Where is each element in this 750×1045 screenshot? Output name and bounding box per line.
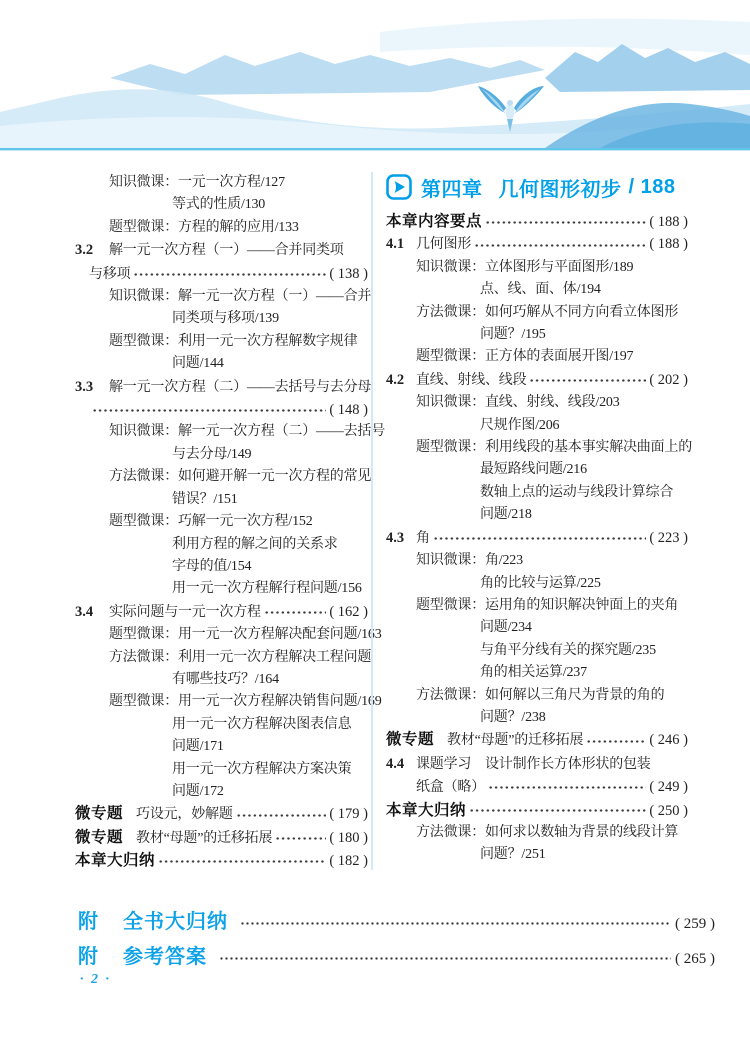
section-number: 4.2	[386, 369, 416, 391]
page-number: ( 138 )	[329, 263, 368, 285]
page-number: ( 188 )	[649, 211, 688, 233]
toc-entry-text: 角的相关运算/237	[480, 662, 587, 684]
page-number: ( 162 )	[329, 601, 368, 623]
toc-line: 微专题教材“母题”的迁移拓展( 246 )	[386, 729, 688, 752]
toc-line: 方法微课：如何解以三角尺为背景的角的	[386, 685, 688, 707]
toc-line: 知识微课：一元一次方程/127	[75, 172, 368, 194]
toc-entry-text: 点、线、面、体/194	[480, 279, 601, 301]
section-number: 3.4	[75, 601, 109, 623]
page-number: ( 188 )	[649, 233, 688, 255]
toc-line: 本章内容要点( 188 )	[386, 211, 688, 233]
toc-entry-text: 方法微课：如何求以数轴为背景的线段计算	[416, 822, 678, 844]
toc-entry-text: 问题/172	[172, 781, 224, 803]
toc-column-right: 第四章 几何图形初步 / 188 本章内容要点( 188 )4.1几何图形( 1…	[386, 172, 688, 867]
page-number: ( 179 )	[329, 803, 368, 825]
toc-line: 字母的值/154	[75, 556, 368, 578]
toc-entry-text: 教材“母题”的迁移拓展	[136, 828, 272, 850]
toc-line: 问题？/195	[386, 324, 688, 346]
page-number: ( 249 )	[649, 776, 688, 798]
dot-leader	[133, 272, 326, 277]
toc-line: 4.2直线、射线、线段( 202 )	[386, 369, 688, 392]
toc-line: 问题/218	[386, 504, 688, 526]
toc-line: 题型微课：运用角的知识解决钟面上的夹角	[386, 595, 688, 617]
dot-leader	[488, 785, 646, 790]
appendix-label: 附	[78, 941, 99, 974]
toc-entry-text: 解一元一次方程（二）——去括号与去分母	[109, 377, 371, 399]
toc-entry-text: 与移项	[89, 264, 130, 286]
toc-entry-text: 等式的性质/130	[172, 194, 265, 216]
toc-line: 利用方程的解之间的关系求	[75, 534, 368, 556]
page-number: ( 180 )	[329, 827, 368, 849]
dot-leader	[219, 956, 671, 961]
toc-line: 同类项与移项/139	[75, 308, 368, 330]
chapter-page-ref: / 188	[629, 176, 676, 199]
page-number: ( 202 )	[649, 369, 688, 391]
toc-entry-text: 知识微课：直线、射线、线段/203	[416, 392, 620, 414]
toc-entry-text: 问题？/238	[480, 707, 546, 729]
toc-line: 题型微课：巧解一元一次方程/152	[75, 511, 368, 533]
dot-leader	[275, 836, 326, 841]
dot-leader	[586, 739, 646, 744]
toc-line: 与去分母/149	[75, 444, 368, 466]
toc-entry-text: 角	[416, 528, 430, 550]
toc-entry-text: 用一元一次方程解行程问题/156	[172, 578, 362, 600]
toc-line: 方法微课：如何求以数轴为背景的线段计算	[386, 822, 688, 844]
toc-entry-text: 题型微课：正方体的表面展开图/197	[416, 346, 633, 368]
toc-line: 方法微课：利用一元一次方程解决工程问题	[75, 647, 368, 669]
toc-line: 题型微课：方程的解的应用/133	[75, 217, 368, 239]
toc-entry-text: 方法微课：利用一元一次方程解决工程问题	[109, 647, 371, 669]
chapter-number: 第四章	[421, 173, 483, 202]
toc-entry-text: 问题/171	[172, 736, 224, 758]
toc-line: 问题/171	[75, 736, 368, 758]
toc-line: 尺规作图/206	[386, 415, 688, 437]
folio-page-number: · 2 ·	[80, 972, 111, 988]
toc-entry-text: 方法微课：如何解以三角尺为背景的角的	[416, 685, 664, 707]
toc-entry-text: 问题？/195	[480, 324, 546, 346]
toc-line: 知识微课：解一元一次方程（一）——合并	[75, 286, 368, 308]
toc-line: 错误？/151	[75, 489, 368, 511]
dot-leader	[529, 378, 646, 383]
toc-entry-text: 问题/234	[480, 617, 532, 639]
dot-leader	[92, 408, 326, 413]
toc-line: 有哪些技巧？/164	[75, 669, 368, 691]
toc-line: 角的比较与运算/225	[386, 573, 688, 595]
toc-line: 用一元一次方程解行程问题/156	[75, 578, 368, 600]
toc-entry-text: 知识微课：解一元一次方程（一）——合并	[109, 286, 371, 308]
toc-columns: 知识微课：一元一次方程/127等式的性质/130题型微课：方程的解的应用/133…	[75, 172, 688, 873]
toc-line: 4.1几何图形( 188 )	[386, 233, 688, 256]
toc-entry-text: 知识微课：解一元一次方程（二）——去括号	[109, 421, 385, 443]
toc-line: 知识微课：解一元一次方程（二）——去括号	[75, 421, 368, 443]
header-rule	[0, 148, 750, 151]
toc-line: 角的相关运算/237	[386, 662, 688, 684]
toc-entry-text: 题型微课：利用线段的基本事实解决曲面上的	[416, 437, 692, 459]
toc-entry-text: 尺规作图/206	[480, 415, 559, 437]
dot-leader	[158, 859, 326, 864]
page-number: ( 182 )	[329, 850, 368, 872]
toc-entry-text: 字母的值/154	[172, 556, 251, 578]
header-artwork	[0, 0, 750, 148]
section-number: 4.4	[386, 753, 416, 775]
toc-entry-text: 问题/144	[172, 353, 224, 375]
toc-line: 知识微课：角/223	[386, 550, 688, 572]
dot-leader	[240, 921, 671, 926]
toc-line: 最短路线问题/216	[386, 459, 688, 481]
toc-bold-label: 微专题	[386, 729, 434, 751]
toc-line: 数轴上点的运动与线段计算综合	[386, 482, 688, 504]
toc-entry-text: 同类项与移项/139	[172, 308, 279, 330]
toc-line: 4.3角( 223 )	[386, 527, 688, 550]
toc-entry-text: 题型微课：运用角的知识解决钟面上的夹角	[416, 595, 678, 617]
toc-entry-text: 题型微课：利用一元一次方程解数字规律	[109, 331, 357, 353]
toc-line: 微专题巧设元，妙解题( 179 )	[75, 803, 368, 826]
toc-entry-text: 课题学习 设计制作长方体形状的包装	[416, 754, 651, 776]
section-number: 4.3	[386, 527, 416, 549]
toc-entry-text: 用一元一次方程解决方案决策	[172, 759, 351, 781]
page-number: ( 246 )	[649, 729, 688, 751]
toc-line: 用一元一次方程解决图表信息	[75, 714, 368, 736]
toc-line: 4.4课题学习 设计制作长方体形状的包装	[386, 753, 688, 776]
toc-line: 问题/172	[75, 781, 368, 803]
toc-line: 等式的性质/130	[75, 194, 368, 216]
toc-entry-text: 问题/218	[480, 504, 532, 526]
mountain-landscape	[0, 0, 750, 148]
toc-entry-text: 题型微课：方程的解的应用/133	[109, 217, 299, 239]
toc-line: 问题/234	[386, 617, 688, 639]
appendix-title: 全书大归纳	[123, 906, 228, 939]
toc-entry-text: 方法微课：如何巧解从不同方向看立体图形	[416, 302, 678, 324]
toc-line: 题型微课：用一元一次方程解决销售问题/169	[75, 691, 368, 713]
chapter-toc-lines: 本章内容要点( 188 )4.1几何图形( 188 )知识微课：立体图形与平面图…	[386, 211, 688, 867]
toc-line: 题型微课：利用一元一次方程解数字规律	[75, 331, 368, 353]
toc-entry-text: 实际问题与一元一次方程	[109, 602, 261, 624]
toc-line: 本章大归纳( 250 )	[386, 800, 688, 822]
toc-entry-text: 角的比较与运算/225	[480, 573, 601, 595]
toc-line: 用一元一次方程解决方案决策	[75, 759, 368, 781]
toc-entry-text: 题型微课：用一元一次方程解决配套问题/163	[109, 624, 382, 646]
toc-entry-text: 知识微课：一元一次方程/127	[109, 172, 285, 194]
toc-line: 3.3解一元一次方程（二）——去括号与去分母	[75, 376, 368, 399]
toc-line: 问题？/251	[386, 844, 688, 866]
column-divider	[371, 172, 373, 870]
dot-leader	[433, 536, 647, 541]
appendix-row: 附 全书大归纳 ( 259 )	[78, 906, 715, 941]
appendix-row: 附 参考答案 ( 265 )	[78, 941, 715, 976]
dot-leader	[485, 220, 646, 225]
toc-entry-text: 纸盒（略）	[416, 777, 485, 799]
toc-entry-text: 用一元一次方程解决图表信息	[172, 714, 351, 736]
dot-leader	[264, 610, 327, 615]
appendix-title: 参考答案	[123, 941, 207, 974]
toc-line: 3.4实际问题与一元一次方程( 162 )	[75, 601, 368, 624]
toc-entry-text: 与去分母/149	[172, 444, 251, 466]
toc-bold-label: 本章内容要点	[386, 211, 482, 233]
chapter-heading: 第四章 几何图形初步 / 188	[386, 172, 688, 202]
toc-entry-text: 最短路线问题/216	[480, 459, 587, 481]
toc-entry-text: 利用方程的解之间的关系求	[172, 534, 338, 556]
toc-entry-text: 知识微课：角/223	[416, 550, 523, 572]
section-number: 4.1	[386, 233, 416, 255]
toc-line: 与移项( 138 )	[75, 263, 368, 286]
page-number: ( 265 )	[675, 943, 715, 976]
toc-entry-text: 知识微课：立体图形与平面图形/189	[416, 257, 633, 279]
toc-entry-text: 错误？/151	[172, 489, 238, 511]
dot-leader	[474, 243, 646, 248]
toc-column-left: 知识微课：一元一次方程/127等式的性质/130题型微课：方程的解的应用/133…	[75, 172, 368, 873]
toc-entry-text: 题型微课：用一元一次方程解决销售问题/169	[109, 691, 382, 713]
toc-line: 方法微课：如何巧解从不同方向看立体图形	[386, 302, 688, 324]
toc-entry-text: 题型微课：巧解一元一次方程/152	[109, 511, 313, 533]
toc-entry-text: 方法微课：如何避开解一元一次方程的常见	[109, 466, 371, 488]
toc-entry-text: 直线、射线、线段	[416, 370, 526, 392]
toc-line: 题型微课：正方体的表面展开图/197	[386, 346, 688, 368]
appendix-label: 附	[78, 906, 99, 939]
toc-bold-label: 本章大归纳	[75, 850, 155, 872]
toc-line: 本章大归纳( 182 )	[75, 850, 368, 872]
toc-line: ( 148 )	[75, 399, 368, 421]
toc-line: 知识微课：直线、射线、线段/203	[386, 392, 688, 414]
toc-line: 点、线、面、体/194	[386, 279, 688, 301]
toc-entry-text: 解一元一次方程（一）——合并同类项	[109, 240, 344, 262]
book-toc-page: 知识微课：一元一次方程/127等式的性质/130题型微课：方程的解的应用/133…	[0, 0, 750, 1045]
dot-leader	[469, 808, 646, 813]
page-number: ( 223 )	[649, 527, 688, 549]
appendix-section: 附 全书大归纳 ( 259 ) 附 参考答案 ( 265 )	[78, 906, 715, 976]
toc-bold-label: 微专题	[75, 803, 123, 825]
page-number: ( 259 )	[675, 908, 715, 941]
chapter-title: 几何图形初步	[499, 173, 622, 202]
toc-line: 3.2解一元一次方程（一）——合并同类项	[75, 239, 368, 262]
page-number: ( 148 )	[329, 399, 368, 421]
section-number: 3.3	[75, 376, 109, 398]
play-icon	[386, 174, 412, 200]
toc-line: 问题？/238	[386, 707, 688, 729]
toc-entry-text: 问题？/251	[480, 844, 546, 866]
toc-entry-text: 有哪些技巧？/164	[172, 669, 279, 691]
toc-entry-text: 几何图形	[416, 234, 471, 256]
toc-line: 问题/144	[75, 353, 368, 375]
toc-entry-text: 巧设元，妙解题	[136, 804, 233, 826]
toc-line: 题型微课：用一元一次方程解决配套问题/163	[75, 624, 368, 646]
toc-entry-text: 与角平分线有关的探究题/235	[480, 640, 656, 662]
section-number: 3.2	[75, 239, 109, 261]
toc-line: 知识微课：立体图形与平面图形/189	[386, 257, 688, 279]
toc-bold-label: 本章大归纳	[386, 800, 466, 822]
toc-entry-text: 教材“母题”的迁移拓展	[447, 730, 583, 752]
dot-leader	[236, 813, 327, 818]
toc-line: 微专题教材“母题”的迁移拓展( 180 )	[75, 827, 368, 850]
page-number: ( 250 )	[649, 800, 688, 822]
toc-bold-label: 微专题	[75, 827, 123, 849]
toc-line: 纸盒（略）( 249 )	[386, 776, 688, 799]
toc-line: 方法微课：如何避开解一元一次方程的常见	[75, 466, 368, 488]
toc-line: 题型微课：利用线段的基本事实解决曲面上的	[386, 437, 688, 459]
toc-entry-text: 数轴上点的运动与线段计算综合	[480, 482, 673, 504]
toc-line: 与角平分线有关的探究题/235	[386, 640, 688, 662]
